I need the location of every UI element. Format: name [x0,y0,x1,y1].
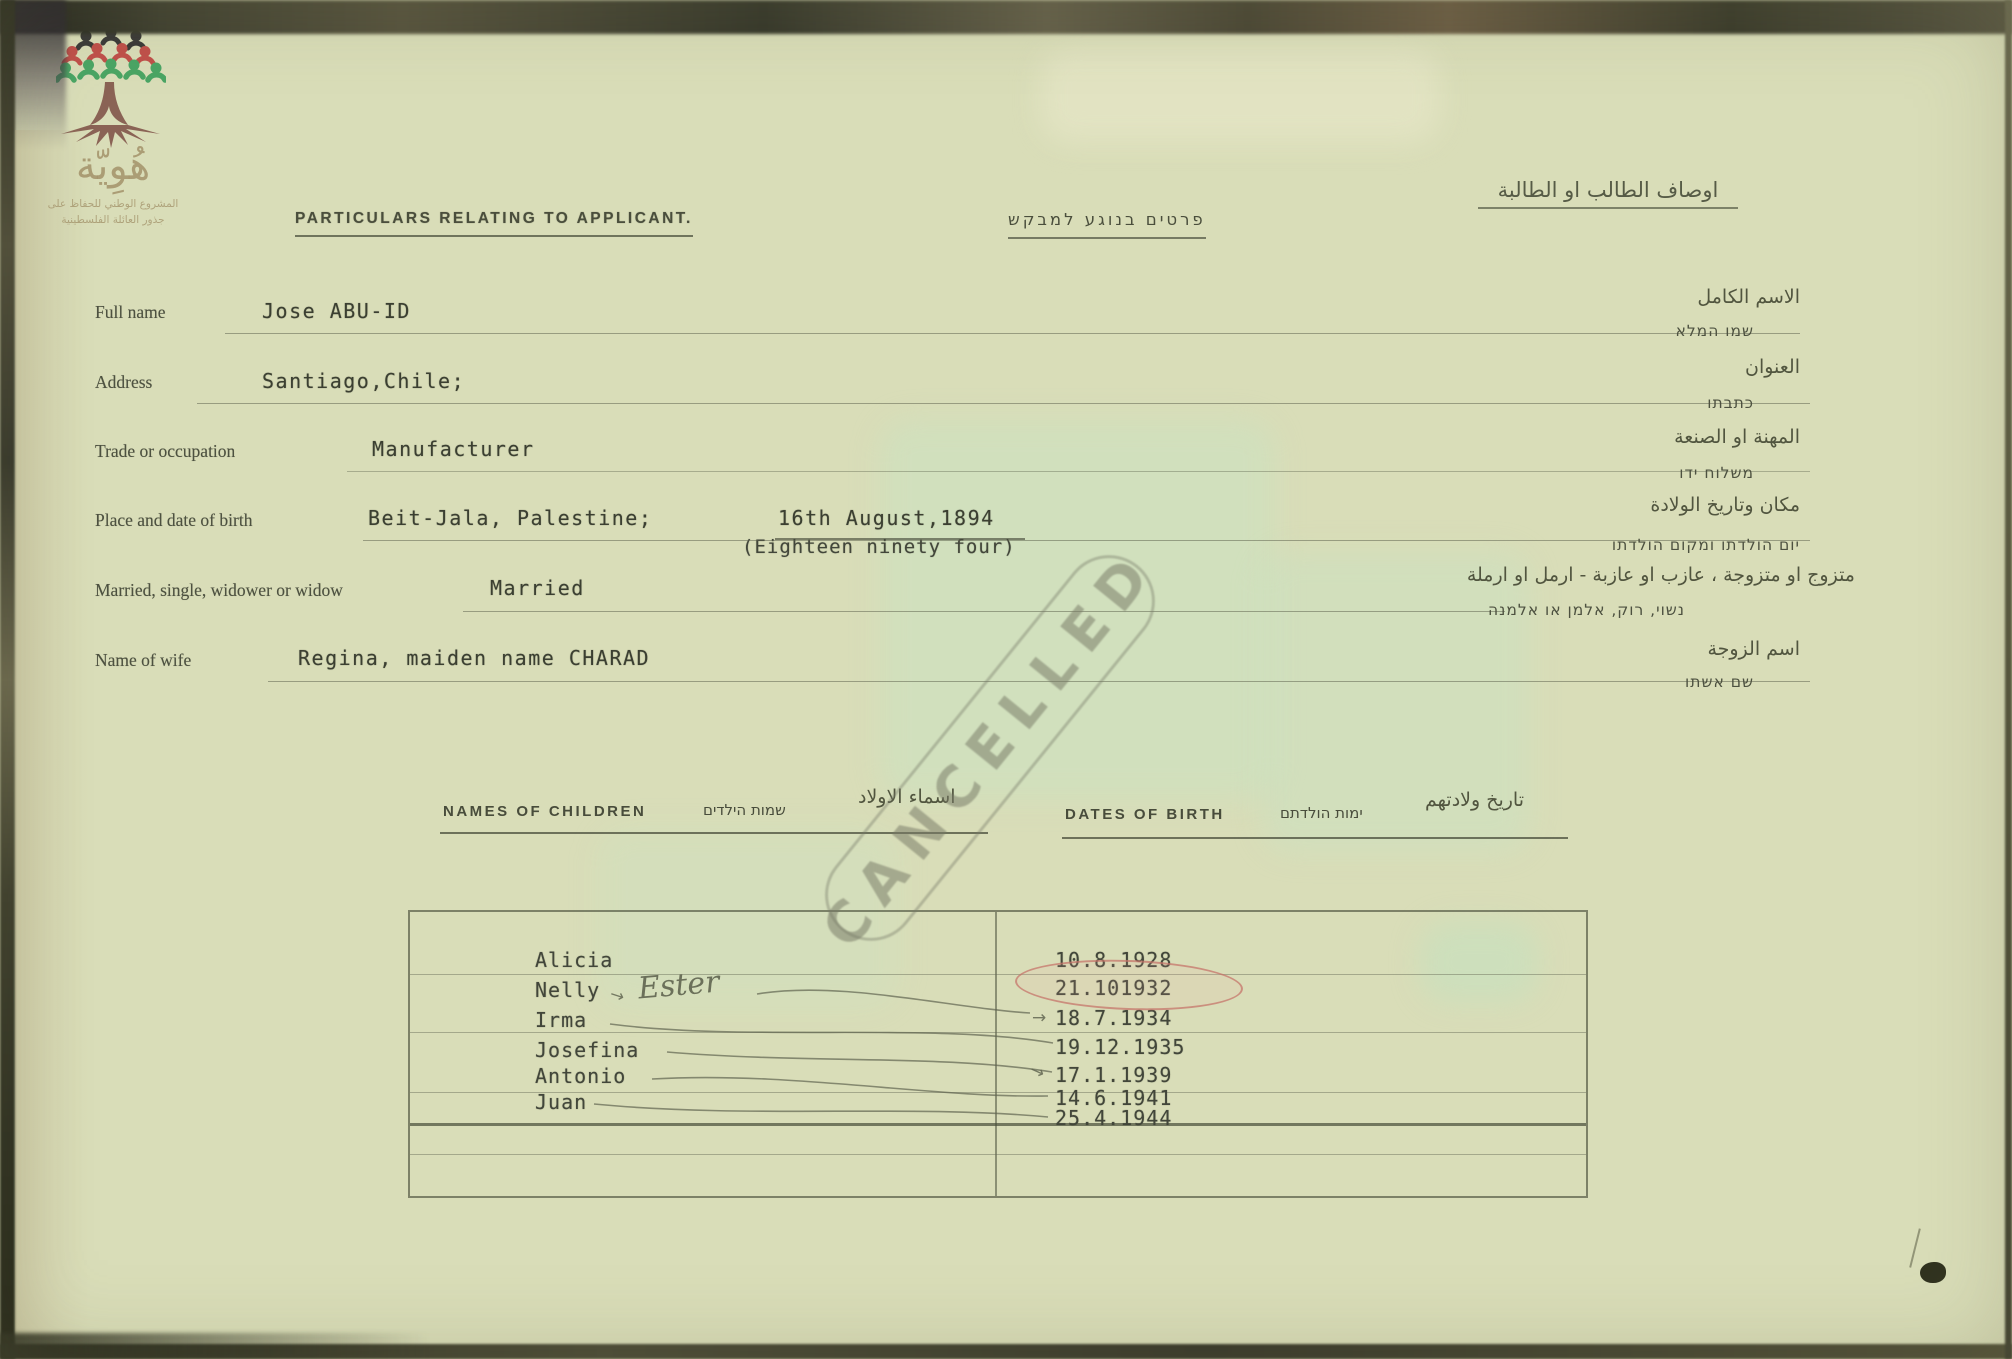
field-label-wife: Name of wife [95,650,191,671]
field-label-he-birth: יום הולדתו ומקום הולדתו [1120,536,1800,554]
field-value-birthplace: Beit-Jala, Palestine; [368,506,652,530]
field-label-he-wife: שם אשתו [1074,673,1754,691]
field-label-ar-occupation: المهنة او الصنعة [1080,426,1800,448]
field-value-full-name: Jose ABU-ID [262,299,411,323]
scan-patch [1040,48,1440,143]
field-value-marital: Married [490,576,585,600]
field-label-he-full-name: שמו המלא [1074,322,1754,340]
dates-header-en: DATES OF BIRTH [1065,806,1225,823]
typed-underline [775,538,1025,540]
field-label-ar-wife: اسم الزوجة [1080,638,1800,660]
handwritten-connector-lines [410,912,1590,1200]
field-label-ar-birth: مكان وتاريخ الولادة [1080,494,1800,516]
field-value-address: Santiago,Chile; [262,369,465,393]
field-label-ar-address: العنوان [1080,356,1800,378]
scan-edge-top [0,0,2012,34]
children-names-header-en: NAMES OF CHILDREN [443,803,646,820]
field-label-he-address: כתבתו [1074,394,1754,412]
field-value-birthdate: 16th August,1894 [778,506,995,530]
scan-edge-right [2005,0,2012,1359]
scanned-document: هُوِيّة المشروع الوطني للحفاظ على جذور ا… [0,0,2012,1359]
dates-header-he: ימות הולדתם [1280,804,1363,822]
title-hebrew: פרטים בנוגע למבקש [1008,210,1206,239]
ink-scratch [1909,1228,1920,1267]
title-english: PARTICULARS RELATING TO APPLICANT. [295,210,693,237]
field-label-address: Address [95,372,152,393]
field-label-he-occupation: משלוח ידו [1074,464,1754,482]
field-label-birth: Place and date of birth [95,510,252,531]
field-label-ar-marital: متزوج او متزوجة ، عازب او عازبة - ارمل ا… [1135,564,1855,586]
children-names-header-he: שמות הילדים [703,801,786,819]
field-label-marital: Married, single, widower or widow [95,580,343,601]
dates-header-ar: تاريخ ولادتهم [1425,789,1524,811]
scan-strip-left [15,130,90,1340]
field-value-wife: Regina, maiden name CHARAD [298,646,650,670]
field-label-full-name: Full name [95,302,165,323]
scan-edge-left [0,0,15,1359]
title-arabic: اوصاف الطالب او الطالبة [1478,178,1738,209]
field-label-occupation: Trade or occupation [95,441,235,462]
scan-edge-bottom-left [0,1333,430,1359]
ink-blot [1920,1262,1946,1283]
field-label-ar-full-name: الاسم الكامل [1080,286,1800,308]
children-table: Alicia Nelly Irma Josefina Antonio Juan … [408,910,1588,1198]
header-underline [1062,837,1568,839]
field-value-occupation: Manufacturer [372,437,535,461]
